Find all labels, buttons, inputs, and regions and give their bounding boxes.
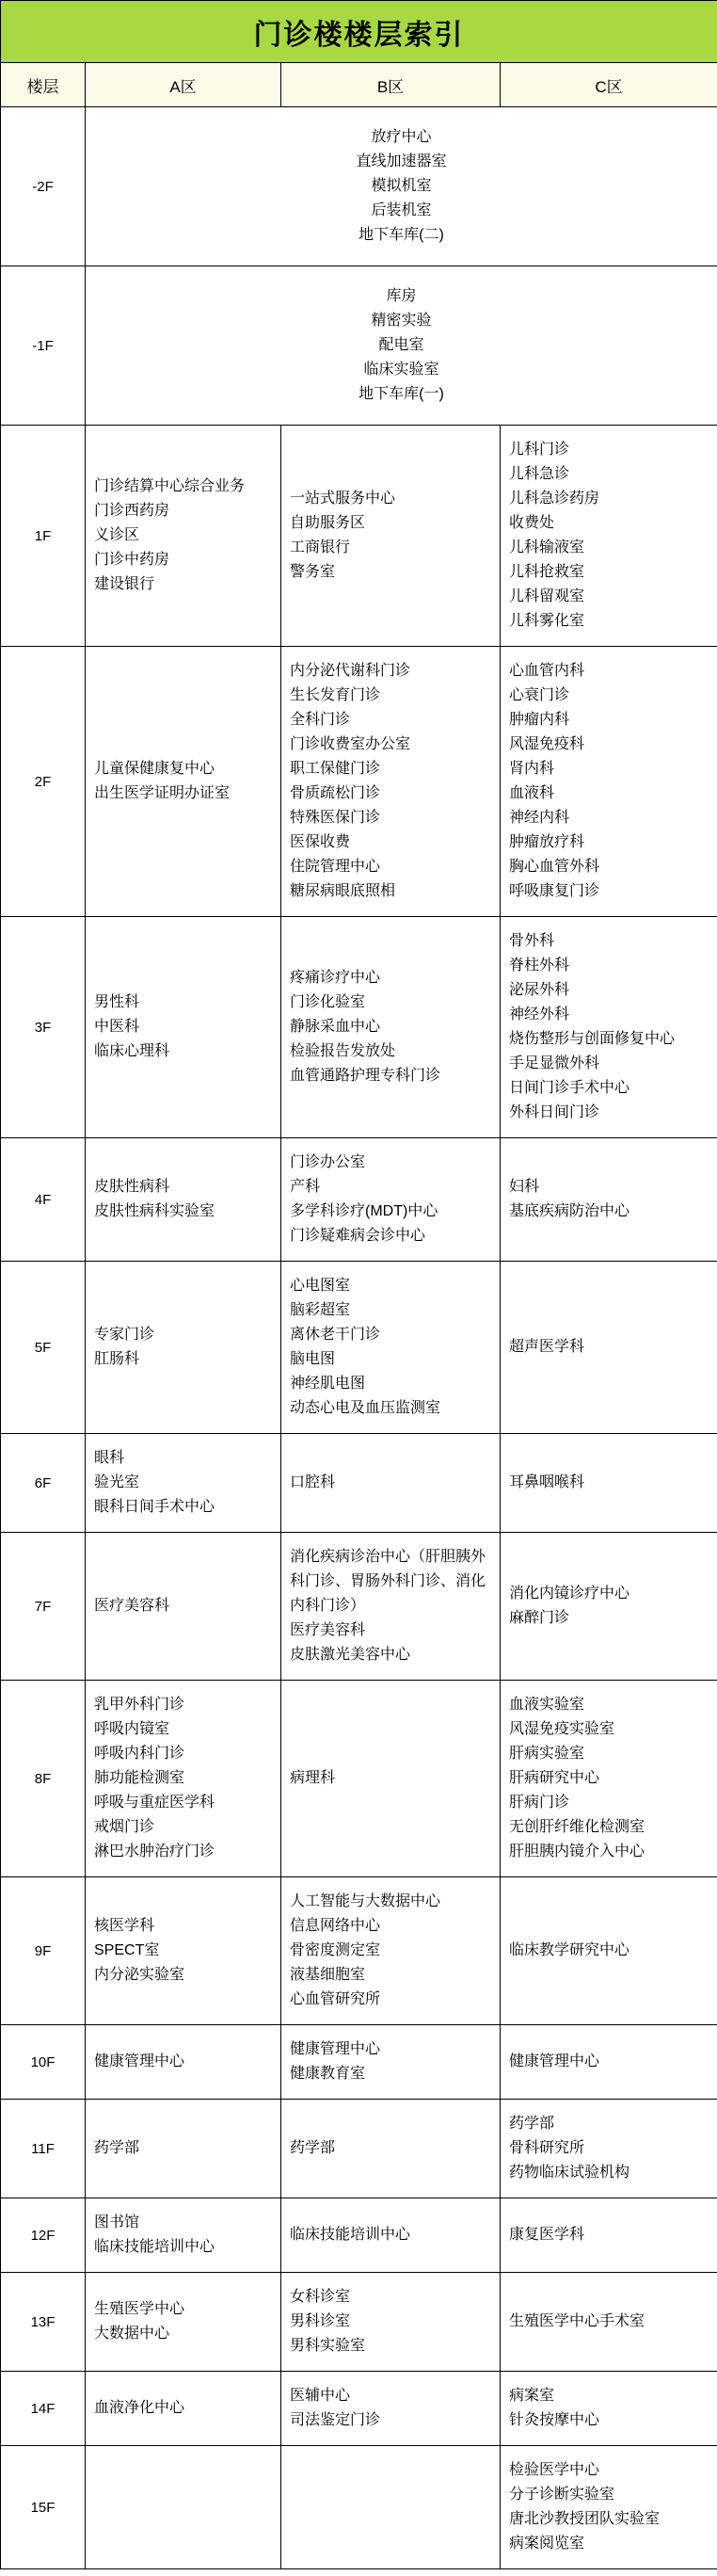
department-item: 多学科诊疗(MDT)中心: [290, 1199, 494, 1224]
floor-label: 5F: [1, 1262, 86, 1434]
department-item: 健康教育室: [290, 2062, 494, 2086]
department-item: 肝胆胰内镜介入中心: [509, 1840, 711, 1864]
department-item: 儿科留观室: [509, 585, 711, 609]
department-item: 骨外科: [509, 929, 711, 954]
department-item: 临床心理科: [94, 1039, 275, 1064]
column-header-zone-c: C区: [501, 63, 717, 107]
floor-label: 12F: [1, 2198, 86, 2273]
zone-a-cell: 药学部: [86, 2100, 281, 2198]
floor-index-table: 门诊楼楼层索引 楼层 A区 B区 C区 -2F放疗中心直线加速器室模拟机室后装机…: [0, 0, 717, 2569]
department-item: 门诊中药房: [94, 548, 275, 572]
zone-b-cell: 消化疾病诊治中心（肝胆胰外科门诊、胃肠外科门诊、消化内科门诊）医疗美容科皮肤激光…: [281, 1533, 501, 1681]
department-item: 日间门诊手术中心: [509, 1076, 711, 1101]
department-item: 肿瘤放疗科: [509, 830, 711, 855]
department-item: 药学部: [94, 2136, 275, 2161]
department-item: 静脉采血中心: [290, 1015, 494, 1039]
department-item: 心衰门诊: [509, 684, 711, 708]
department-item: 精密实验: [93, 309, 709, 333]
department-item: 儿童保健康复中心: [94, 757, 275, 781]
department-item: 检验报告发放处: [290, 1039, 494, 1064]
department-item: 皮肤性病科实验室: [94, 1199, 275, 1224]
department-item: 生殖医学中心: [94, 2297, 275, 2322]
floor-label: -1F: [1, 266, 86, 426]
floor-row: -2F放疗中心直线加速器室模拟机室后装机室地下车库(二): [1, 107, 717, 266]
department-item: 眼科日间手术中心: [94, 1495, 275, 1520]
department-item: 肝病研究中心: [509, 1766, 711, 1791]
floor-row: 12F图书馆临床技能培训中心临床技能培训中心康复医学科: [1, 2198, 717, 2273]
department-item: 配电室: [93, 333, 709, 358]
zone-a-cell: [86, 2446, 281, 2569]
zone-c-cell: 超声医学科: [501, 1262, 717, 1434]
floor-label: 14F: [1, 2372, 86, 2446]
zone-c-cell: 骨外科脊柱外科泌尿外科神经外科烧伤整形与创面修复中心手足显微外科日间门诊手术中心…: [501, 917, 717, 1138]
department-item: 骨质疏松门诊: [290, 781, 494, 806]
zone-a-cell: 生殖医学中心大数据中心: [86, 2273, 281, 2372]
department-item: 药学部: [509, 2112, 711, 2136]
floor-label: 13F: [1, 2273, 86, 2372]
department-item: 模拟机室: [93, 174, 709, 199]
department-item: 无创肝纤维化检测室: [509, 1815, 711, 1840]
department-item: 心血管内科: [509, 659, 711, 684]
department-item: 儿科抢救室: [509, 560, 711, 585]
department-item: 骨科研究所: [509, 2136, 711, 2161]
department-item: 司法鉴定门诊: [290, 2408, 494, 2433]
department-item: 全科门诊: [290, 708, 494, 733]
department-item: 一站式服务中心: [290, 487, 494, 511]
department-item: 核医学科: [94, 1914, 275, 1939]
floor-label: 6F: [1, 1434, 86, 1533]
department-item: 戒烟门诊: [94, 1815, 275, 1840]
zone-a-cell: 男性科中医科临床心理科: [86, 917, 281, 1138]
floor-label: -2F: [1, 107, 86, 266]
department-item: 疼痛诊疗中心: [290, 966, 494, 990]
department-item: 乳甲外科门诊: [94, 1693, 275, 1717]
department-item: 医保收费: [290, 830, 494, 855]
department-item: 门诊办公室: [290, 1151, 494, 1175]
department-item: 门诊化验室: [290, 990, 494, 1015]
department-item: 健康管理中心: [94, 2050, 275, 2074]
department-item: 儿科急诊: [509, 462, 711, 487]
department-item: 女科诊室: [290, 2285, 494, 2310]
department-item: 后装机室: [93, 199, 709, 223]
department-item: 糖尿病眼底照相: [290, 879, 494, 904]
floor-label: 7F: [1, 1533, 86, 1681]
department-item: 出生医学证明办证室: [94, 781, 275, 806]
zone-a-cell: 健康管理中心: [86, 2025, 281, 2100]
floor-label: 4F: [1, 1138, 86, 1262]
department-item: 门诊结算中心综合业务: [94, 475, 275, 499]
zone-b-cell: 心电图室脑彩超室离休老干门诊脑电图神经肌电图动态心电及血压监测室: [281, 1262, 501, 1434]
department-item: 产科: [290, 1175, 494, 1199]
zone-c-cell: 病案室针灸按摩中心: [501, 2372, 717, 2446]
department-item: 皮肤激光美容中心: [290, 1643, 494, 1667]
zone-b-cell: 一站式服务中心自助服务区工商银行警务室: [281, 426, 501, 647]
department-item: 耳鼻咽喉科: [509, 1471, 711, 1495]
department-item: 烧伤整形与创面修复中心: [509, 1027, 711, 1052]
floor-row: 14F血液净化中心医辅中心司法鉴定门诊病案室针灸按摩中心: [1, 2372, 717, 2446]
department-item: 门诊西药房: [94, 499, 275, 523]
department-item: 眼科: [94, 1446, 275, 1471]
department-item: 生殖医学中心手术室: [509, 2310, 711, 2334]
department-item: 血液净化中心: [94, 2396, 275, 2421]
department-item: 内分泌实验室: [94, 1963, 275, 1988]
department-item: 心电图室: [290, 1274, 494, 1298]
department-item: 心血管研究所: [290, 1988, 494, 2012]
zone-a-cell: 乳甲外科门诊呼吸内镜室呼吸内科门诊肺功能检测室呼吸与重症医学科戒烟门诊淋巴水肿治…: [86, 1681, 281, 1877]
floor-label: 10F: [1, 2025, 86, 2100]
zone-c-cell: 药学部骨科研究所药物临床试验机构: [501, 2100, 717, 2198]
zone-c-cell: 妇科基底疾病防治中心: [501, 1138, 717, 1262]
floor-row: 4F皮肤性病科皮肤性病科实验室门诊办公室产科多学科诊疗(MDT)中心门诊疑难病会…: [1, 1138, 717, 1262]
department-item: 皮肤性病科: [94, 1175, 275, 1199]
floor-row: 11F药学部药学部药学部骨科研究所药物临床试验机构: [1, 2100, 717, 2198]
floor-row: -1F库房精密实验配电室临床实验室地下车库(一): [1, 266, 717, 426]
floor-label: 9F: [1, 1877, 86, 2025]
department-item: 超声医学科: [509, 1335, 711, 1360]
department-item: 图书馆: [94, 2211, 275, 2235]
department-item: 分子诊断实验室: [509, 2483, 711, 2507]
floor-row: 5F专家门诊肛肠科心电图室脑彩超室离休老干门诊脑电图神经肌电图动态心电及血压监测…: [1, 1262, 717, 1434]
department-item: 人工智能与大数据中心: [290, 1890, 494, 1914]
department-item: 风湿免疫科: [509, 733, 711, 757]
column-header-floor: 楼层: [1, 63, 86, 107]
department-item: 泌尿外科: [509, 978, 711, 1003]
department-item: 离休老干门诊: [290, 1323, 494, 1347]
department-item: 直线加速器室: [93, 150, 709, 174]
department-item: 呼吸内镜室: [94, 1717, 275, 1742]
department-item: 神经内科: [509, 806, 711, 830]
department-item: 病案阅览室: [509, 2532, 711, 2556]
department-item: 医辅中心: [290, 2384, 494, 2408]
department-item: 血液科: [509, 781, 711, 806]
zone-b-cell: 健康管理中心健康教育室: [281, 2025, 501, 2100]
department-item: 肝病实验室: [509, 1742, 711, 1766]
floor-row: 1F门诊结算中心综合业务门诊西药房义诊区门诊中药房建设银行一站式服务中心自助服务…: [1, 426, 717, 647]
floor-row: 8F乳甲外科门诊呼吸内镜室呼吸内科门诊肺功能检测室呼吸与重症医学科戒烟门诊淋巴水…: [1, 1681, 717, 1877]
department-item: 病案室: [509, 2384, 711, 2408]
zone-b-cell: 女科诊室男科诊室男科实验室: [281, 2273, 501, 2372]
column-header-row: 楼层 A区 B区 C区: [1, 63, 717, 107]
department-item: 库房: [93, 284, 709, 309]
department-item: 肺功能检测室: [94, 1766, 275, 1791]
department-item: 信息网络中心: [290, 1914, 494, 1939]
department-item: 基底疾病防治中心: [509, 1199, 711, 1224]
department-item: 唐北沙教授团队实验室: [509, 2507, 711, 2532]
zone-c-cell: 心血管内科心衰门诊肿瘤内科风湿免疫科肾内科血液科神经内科肿瘤放疗科胸心血管外科呼…: [501, 647, 717, 917]
department-item: 医疗美容科: [94, 1594, 275, 1618]
department-item: 呼吸内科门诊: [94, 1742, 275, 1766]
department-item: 血液实验室: [509, 1693, 711, 1717]
floor-row: 6F眼科验光室眼科日间手术中心口腔科耳鼻咽喉科: [1, 1434, 717, 1533]
department-item: 脊柱外科: [509, 954, 711, 978]
department-item: 门诊收费室办公室: [290, 733, 494, 757]
department-item: 儿科输液室: [509, 536, 711, 560]
department-item: 中医科: [94, 1015, 275, 1039]
department-item: 消化疾病诊治中心（肝胆胰外科门诊、胃肠外科门诊、消化内科门诊）: [290, 1545, 494, 1618]
zone-a-cell: 专家门诊肛肠科: [86, 1262, 281, 1434]
department-item: 淋巴水肿治疗门诊: [94, 1840, 275, 1864]
floor-row: 2F儿童保健康复中心出生医学证明办证室内分泌代谢科门诊生长发育门诊全科门诊门诊收…: [1, 647, 717, 917]
department-item: 临床技能培训中心: [290, 2223, 494, 2247]
department-item: 动态心电及血压监测室: [290, 1396, 494, 1421]
title-row: 门诊楼楼层索引: [1, 1, 717, 63]
zone-a-cell: 儿童保健康复中心出生医学证明办证室: [86, 647, 281, 917]
zone-b-cell: 医辅中心司法鉴定门诊: [281, 2372, 501, 2446]
department-item: 神经外科: [509, 1003, 711, 1027]
department-item: 地下车库(一): [93, 382, 709, 407]
zone-c-cell: 康复医学科: [501, 2198, 717, 2273]
department-item: 职工保健门诊: [290, 757, 494, 781]
zone-a-cell: 医疗美容科: [86, 1533, 281, 1681]
zone-c-cell: 耳鼻咽喉科: [501, 1434, 717, 1533]
floor-label: 3F: [1, 917, 86, 1138]
floor-row: 9F核医学科SPECT室内分泌实验室人工智能与大数据中心信息网络中心骨密度测定室…: [1, 1877, 717, 2025]
zone-a-cell: 门诊结算中心综合业务门诊西药房义诊区门诊中药房建设银行: [86, 426, 281, 647]
zone-b-cell: 内分泌代谢科门诊生长发育门诊全科门诊门诊收费室办公室职工保健门诊骨质疏松门诊特殊…: [281, 647, 501, 917]
zone-a-cell: 图书馆临床技能培训中心: [86, 2198, 281, 2273]
department-item: 住院管理中心: [290, 855, 494, 879]
zone-b-cell: 人工智能与大数据中心信息网络中心骨密度测定室液基细胞室心血管研究所: [281, 1877, 501, 2025]
department-item: 手足显微外科: [509, 1052, 711, 1076]
zone-b-cell: 疼痛诊疗中心门诊化验室静脉采血中心检验报告发放处血管通路护理专科门诊: [281, 917, 501, 1138]
zone-c-cell: 健康管理中心: [501, 2025, 717, 2100]
zone-a-cell: 皮肤性病科皮肤性病科实验室: [86, 1138, 281, 1262]
department-item: 骨密度测定室: [290, 1939, 494, 1963]
department-item: 儿科雾化室: [509, 609, 711, 634]
zone-c-cell: 生殖医学中心手术室: [501, 2273, 717, 2372]
department-item: 肛肠科: [94, 1347, 275, 1372]
department-item: 脑彩超室: [290, 1298, 494, 1323]
department-item: 义诊区: [94, 523, 275, 548]
department-item: 液基细胞室: [290, 1963, 494, 1988]
department-item: 病理科: [290, 1766, 494, 1791]
department-item: 口腔科: [290, 1471, 494, 1495]
zone-c-cell: 儿科门诊儿科急诊儿科急诊药房收费处儿科输液室儿科抢救室儿科留观室儿科雾化室: [501, 426, 717, 647]
department-item: 内分泌代谢科门诊: [290, 659, 494, 684]
column-header-zone-b: B区: [281, 63, 501, 107]
department-item: 工商银行: [290, 536, 494, 560]
department-item: 针灸按摩中心: [509, 2408, 711, 2433]
floor-label: 1F: [1, 426, 86, 647]
department-item: 健康管理中心: [509, 2050, 711, 2074]
department-item: 自助服务区: [290, 511, 494, 536]
department-item: 临床实验室: [93, 358, 709, 382]
department-item: 特殊医保门诊: [290, 806, 494, 830]
zone-c-cell: 消化内镜诊疗中心麻醉门诊: [501, 1533, 717, 1681]
floor-label: 8F: [1, 1681, 86, 1877]
department-item: 医疗美容科: [290, 1618, 494, 1643]
zone-a-cell: 血液净化中心: [86, 2372, 281, 2446]
department-item: 药学部: [290, 2136, 494, 2161]
merged-zone-cell: 库房精密实验配电室临床实验室地下车库(一): [86, 266, 717, 426]
department-item: 风湿免疫实验室: [509, 1717, 711, 1742]
department-item: 肝病门诊: [509, 1791, 711, 1815]
zone-b-cell: 药学部: [281, 2100, 501, 2198]
zone-a-cell: 核医学科SPECT室内分泌实验室: [86, 1877, 281, 2025]
department-item: 男科诊室: [290, 2310, 494, 2334]
floor-row: 15F检验医学中心分子诊断实验室唐北沙教授团队实验室病案阅览室: [1, 2446, 717, 2569]
department-item: 药物临床试验机构: [509, 2161, 711, 2185]
department-item: 放疗中心: [93, 125, 709, 150]
floor-row: 3F男性科中医科临床心理科疼痛诊疗中心门诊化验室静脉采血中心检验报告发放处血管通…: [1, 917, 717, 1138]
department-item: 生长发育门诊: [290, 684, 494, 708]
zone-b-cell: 门诊办公室产科多学科诊疗(MDT)中心门诊疑难病会诊中心: [281, 1138, 501, 1262]
department-item: SPECT室: [94, 1939, 275, 1963]
department-item: 消化内镜诊疗中心: [509, 1582, 711, 1606]
department-item: 验光室: [94, 1471, 275, 1495]
department-item: 建设银行: [94, 572, 275, 597]
department-item: 康复医学科: [509, 2223, 711, 2247]
column-header-zone-a: A区: [86, 63, 281, 107]
department-item: 临床教学研究中心: [509, 1939, 711, 1963]
department-item: 儿科急诊药房: [509, 487, 711, 511]
floor-row: 10F健康管理中心健康管理中心健康教育室健康管理中心: [1, 2025, 717, 2100]
zone-b-cell: 病理科: [281, 1681, 501, 1877]
zone-c-cell: 检验医学中心分子诊断实验室唐北沙教授团队实验室病案阅览室: [501, 2446, 717, 2569]
department-item: 肾内科: [509, 757, 711, 781]
department-item: 收费处: [509, 511, 711, 536]
department-item: 专家门诊: [94, 1323, 275, 1347]
page-title: 门诊楼楼层索引: [1, 1, 717, 63]
department-item: 呼吸康复门诊: [509, 879, 711, 904]
department-item: 门诊疑难病会诊中心: [290, 1224, 494, 1248]
department-item: 男科实验室: [290, 2334, 494, 2359]
merged-zone-cell: 放疗中心直线加速器室模拟机室后装机室地下车库(二): [86, 107, 717, 266]
department-item: 胸心血管外科: [509, 855, 711, 879]
department-item: 麻醉门诊: [509, 1606, 711, 1631]
floor-row: 13F生殖医学中心大数据中心女科诊室男科诊室男科实验室生殖医学中心手术室: [1, 2273, 717, 2372]
zone-a-cell: 眼科验光室眼科日间手术中心: [86, 1434, 281, 1533]
zone-b-cell: 口腔科: [281, 1434, 501, 1533]
department-item: 肿瘤内科: [509, 708, 711, 733]
department-item: 临床技能培训中心: [94, 2235, 275, 2260]
zone-c-cell: 血液实验室风湿免疫实验室肝病实验室肝病研究中心肝病门诊无创肝纤维化检测室肝胆胰内…: [501, 1681, 717, 1877]
department-item: 呼吸与重症医学科: [94, 1791, 275, 1815]
department-item: 血管通路护理专科门诊: [290, 1064, 494, 1088]
department-item: 妇科: [509, 1175, 711, 1199]
zone-c-cell: 临床教学研究中心: [501, 1877, 717, 2025]
zone-b-cell: 临床技能培训中心: [281, 2198, 501, 2273]
department-item: 男性科: [94, 990, 275, 1015]
department-item: 地下车库(二): [93, 223, 709, 248]
floor-label: 11F: [1, 2100, 86, 2198]
floor-rows: -2F放疗中心直线加速器室模拟机室后装机室地下车库(二)-1F库房精密实验配电室…: [1, 107, 717, 2569]
floor-row: 7F医疗美容科消化疾病诊治中心（肝胆胰外科门诊、胃肠外科门诊、消化内科门诊）医疗…: [1, 1533, 717, 1681]
department-item: 脑电图: [290, 1347, 494, 1372]
department-item: 检验医学中心: [509, 2458, 711, 2483]
department-item: 神经肌电图: [290, 1372, 494, 1396]
department-item: 警务室: [290, 560, 494, 585]
department-item: 外科日间门诊: [509, 1101, 711, 1125]
zone-b-cell: [281, 2446, 501, 2569]
floor-label: 15F: [1, 2446, 86, 2569]
department-item: 健康管理中心: [290, 2037, 494, 2062]
department-item: 儿科门诊: [509, 438, 711, 462]
floor-label: 2F: [1, 647, 86, 917]
department-item: 大数据中心: [94, 2322, 275, 2346]
